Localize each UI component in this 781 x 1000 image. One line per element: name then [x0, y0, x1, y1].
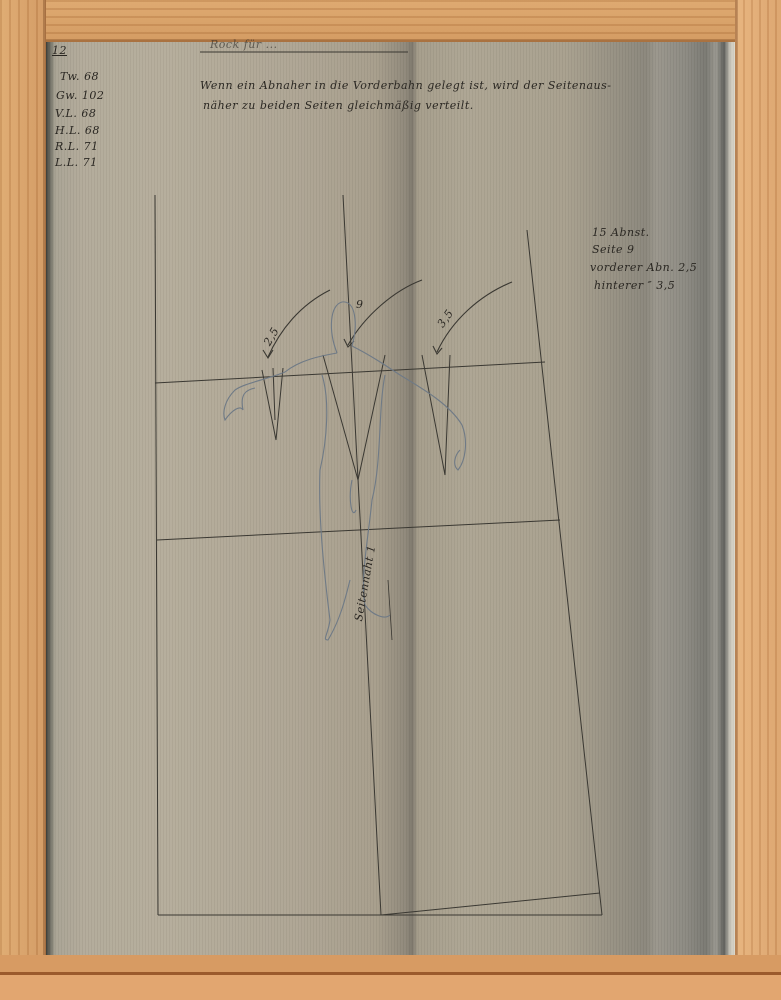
dart-arrows	[263, 280, 512, 358]
dart-lines	[262, 355, 450, 480]
figure-sketch	[224, 302, 466, 640]
dart-label: 9	[356, 298, 364, 311]
pattern-outline	[155, 195, 602, 915]
pattern-drawing	[0, 0, 781, 1000]
